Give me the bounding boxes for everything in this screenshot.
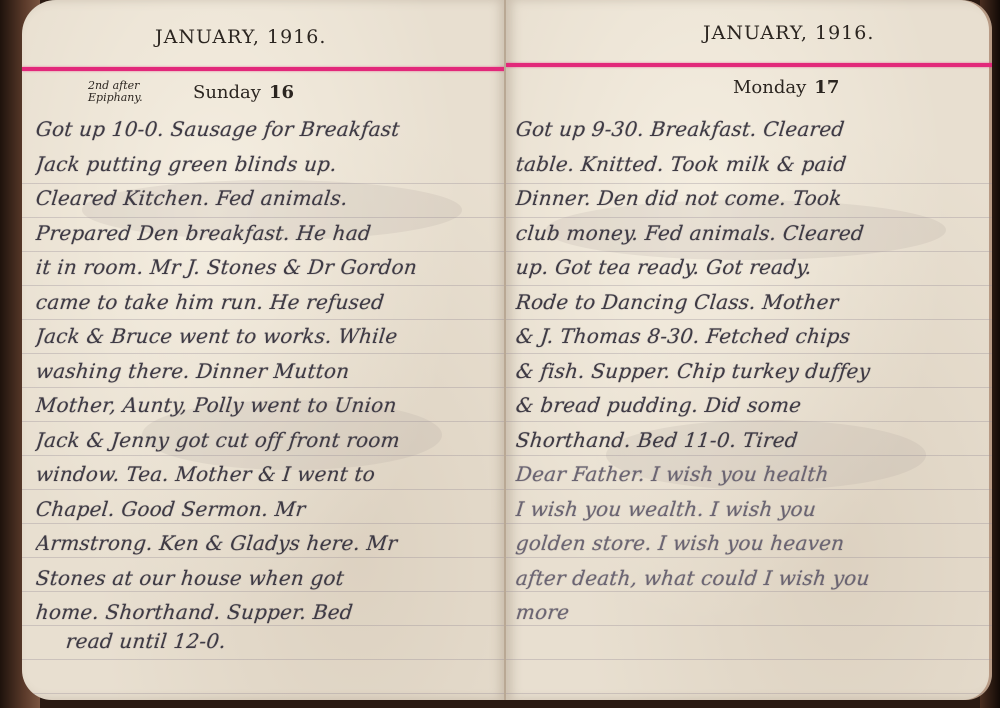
entry-line: Chapel. Good Sermon. Mr xyxy=(34,492,506,527)
entry-line: golden store. I wish you heaven xyxy=(514,526,988,561)
entry-line: I wish you wealth. I wish you xyxy=(514,492,988,527)
entry-line: & fish. Supper. Chip turkey duffey xyxy=(514,354,988,389)
day-number: 16 xyxy=(269,82,294,103)
day-number: 17 xyxy=(814,77,839,98)
entry-line: Jack putting green blinds up. xyxy=(34,147,506,182)
diary-page-left: JANUARY, 1916. 2nd after Epiphany. Sunda… xyxy=(22,0,506,700)
diary-page-right: JANUARY, 1916. Monday17 Got up 9-30. Bre… xyxy=(506,0,992,700)
entry-line: Mother, Aunty, Polly went to Union xyxy=(34,388,506,423)
book-gutter xyxy=(504,0,506,700)
entry-line: Stones at our house when got xyxy=(34,561,506,596)
entry-line: Rode to Dancing Class. Mother xyxy=(514,285,988,320)
pink-header-rule xyxy=(22,67,506,71)
day-name: Monday xyxy=(733,77,806,98)
month-header: JANUARY, 1916. xyxy=(703,22,874,44)
entry-line: Prepared Den breakfast. He had xyxy=(34,216,506,251)
day-heading: Sunday16 xyxy=(193,82,294,103)
entry-line: Got up 10-0. Sausage for Breakfast xyxy=(34,112,506,147)
entry-line: Armstrong. Ken & Gladys here. Mr xyxy=(34,526,506,561)
diary-entry-sunday: Got up 10-0. Sausage for Breakfast Jack … xyxy=(36,112,506,658)
pink-header-rule xyxy=(506,63,992,67)
entry-line: after death, what could I wish you xyxy=(514,561,988,596)
entry-line: Got up 9-30. Breakfast. Cleared xyxy=(514,112,988,147)
entry-line: came to take him run. He refused xyxy=(34,285,506,320)
month-header: JANUARY, 1916. xyxy=(155,26,326,48)
entry-line: more xyxy=(514,595,988,630)
entry-line: & J. Thomas 8-30. Fetched chips xyxy=(514,319,988,354)
day-name: Sunday xyxy=(193,82,261,103)
day-heading: Monday17 xyxy=(733,77,839,98)
entry-line: club money. Fed animals. Cleared xyxy=(514,216,988,251)
entry-line: table. Knitted. Took milk & paid xyxy=(514,147,988,182)
entry-line: window. Tea. Mother & I went to xyxy=(34,457,506,492)
entry-line: Jack & Jenny got cut off front room xyxy=(34,423,506,458)
entry-line: Shorthand. Bed 11-0. Tired xyxy=(514,423,988,458)
entry-line: Dear Father. I wish you health xyxy=(514,457,988,492)
entry-line: Jack & Bruce went to works. While xyxy=(34,319,506,354)
liturgical-note: 2nd after Epiphany. xyxy=(88,80,168,104)
entry-line: up. Got tea ready. Got ready. xyxy=(514,250,988,285)
entry-line: Cleared Kitchen. Fed animals. xyxy=(34,181,506,216)
entry-line: washing there. Dinner Mutton xyxy=(34,354,506,389)
entry-line: Dinner. Den did not come. Took xyxy=(514,181,988,216)
entry-line: read until 12-0. xyxy=(34,624,506,659)
entry-line: & bread pudding. Did some xyxy=(514,388,988,423)
diary-entry-monday: Got up 9-30. Breakfast. Cleared table. K… xyxy=(516,112,986,630)
entry-line: it in room. Mr J. Stones & Dr Gordon xyxy=(34,250,506,285)
